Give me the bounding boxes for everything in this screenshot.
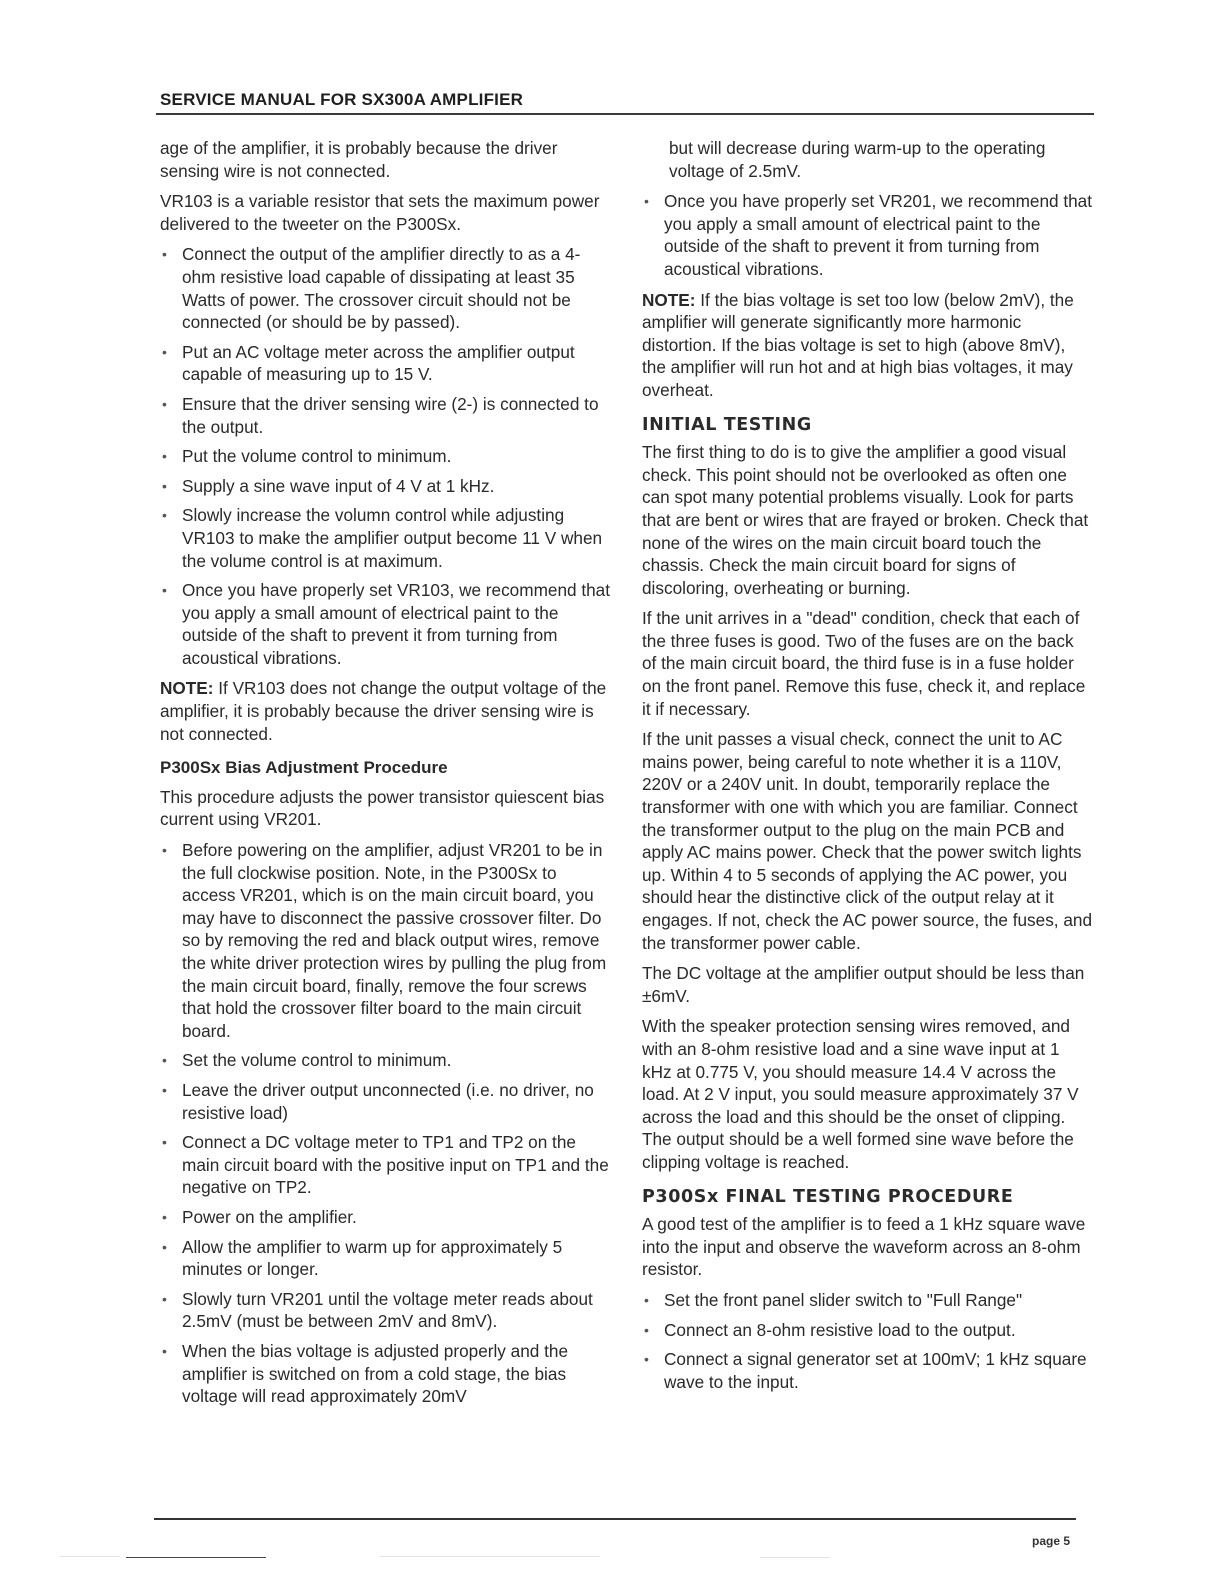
page-number: page 5 bbox=[1032, 1534, 1070, 1548]
note-paragraph: NOTE: If the bias voltage is set too low… bbox=[642, 289, 1092, 402]
scan-artifact-line bbox=[126, 1557, 266, 1558]
paragraph: The DC voltage at the amplifier output s… bbox=[642, 962, 1092, 1007]
paragraph: With the speaker protection sensing wire… bbox=[642, 1015, 1092, 1173]
final-testing-list: Set the front panel slider switch to "Fu… bbox=[642, 1289, 1092, 1393]
bias-intro-paragraph: This procedure adjusts the power transis… bbox=[160, 786, 610, 831]
paragraph: A good test of the amplifier is to feed … bbox=[642, 1213, 1092, 1281]
list-item: Put an AC voltage meter across the ampli… bbox=[160, 341, 610, 386]
list-item: Power on the amplifier. bbox=[160, 1206, 610, 1229]
list-item: Set the front panel slider switch to "Fu… bbox=[642, 1289, 1092, 1312]
right-column: but will decrease during warm-up to the … bbox=[642, 137, 1092, 1401]
list-item: When the bias voltage is adjusted proper… bbox=[160, 1340, 610, 1408]
note-text: If the bias voltage is set too low (belo… bbox=[642, 290, 1074, 400]
scan-artifact bbox=[60, 1556, 120, 1557]
paragraph: If the unit arrives in a "dead" conditio… bbox=[642, 607, 1092, 720]
footer-rule bbox=[154, 1518, 1076, 1520]
bias-steps-list: Before powering on the amplifier, adjust… bbox=[160, 839, 610, 1408]
list-item: Leave the driver output unconnected (i.e… bbox=[160, 1079, 610, 1124]
list-item: Slowly increase the volumn control while… bbox=[160, 504, 610, 572]
vr103-steps-list: Connect the output of the amplifier dire… bbox=[160, 243, 610, 669]
scan-artifact bbox=[760, 1557, 830, 1558]
list-item: Before powering on the amplifier, adjust… bbox=[160, 839, 610, 1042]
list-item: Once you have properly set VR201, we rec… bbox=[642, 190, 1092, 280]
header-rule bbox=[156, 113, 1094, 115]
note-label: NOTE: bbox=[642, 290, 695, 310]
list-item: Connect a DC voltage meter to TP1 and TP… bbox=[160, 1131, 610, 1199]
list-item: Connect an 8-ohm resistive load to the o… bbox=[642, 1319, 1092, 1342]
note-text: If VR103 does not change the output volt… bbox=[160, 678, 606, 743]
initial-testing-heading: INITIAL TESTING bbox=[642, 414, 1092, 437]
list-item: Ensure that the driver sensing wire (2-)… bbox=[160, 393, 610, 438]
list-item: Once you have properly set VR103, we rec… bbox=[160, 579, 610, 669]
paragraph-continuation: age of the amplifier, it is probably bec… bbox=[160, 137, 610, 182]
document-header-title: SERVICE MANUAL FOR SX300A AMPLIFIER bbox=[160, 90, 523, 110]
note-paragraph: NOTE: If VR103 does not change the outpu… bbox=[160, 677, 610, 745]
left-column: age of the amplifier, it is probably bec… bbox=[160, 137, 610, 1416]
list-item: Allow the amplifier to warm up for appro… bbox=[160, 1236, 610, 1281]
paragraph-vr103-intro: VR103 is a variable resistor that sets t… bbox=[160, 190, 610, 235]
paragraph: If the unit passes a visual check, conne… bbox=[642, 728, 1092, 954]
list-item: Slowly turn VR201 until the voltage mete… bbox=[160, 1288, 610, 1333]
note-label: NOTE: bbox=[160, 678, 213, 698]
list-item: Put the volume control to minimum. bbox=[160, 445, 610, 468]
list-item: Set the volume control to minimum. bbox=[160, 1049, 610, 1072]
bullet-continuation: but will decrease during warm-up to the … bbox=[642, 137, 1092, 182]
paragraph: The first thing to do is to give the amp… bbox=[642, 441, 1092, 599]
list-item: Supply a sine wave input of 4 V at 1 kHz… bbox=[160, 475, 610, 498]
final-testing-heading: P300Sx FINAL TESTING PROCEDURE bbox=[642, 1186, 1092, 1209]
scan-artifact bbox=[380, 1556, 600, 1557]
bias-adjustment-heading: P300Sx Bias Adjustment Procedure bbox=[160, 757, 610, 780]
list-item: Connect a signal generator set at 100mV;… bbox=[642, 1348, 1092, 1393]
vr201-final-list: Once you have properly set VR201, we rec… bbox=[642, 190, 1092, 280]
list-item: Connect the output of the amplifier dire… bbox=[160, 243, 610, 333]
